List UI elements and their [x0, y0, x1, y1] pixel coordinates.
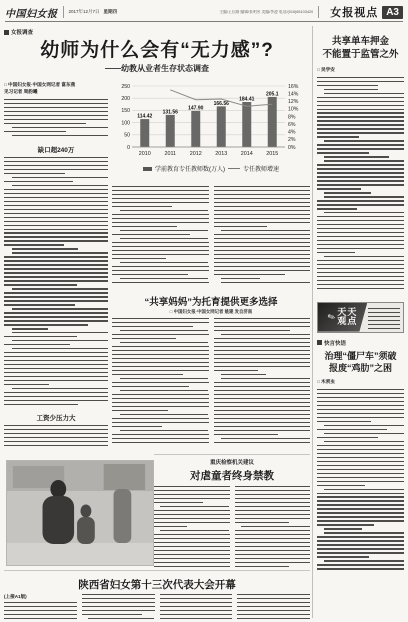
article-text — [112, 186, 209, 288]
svg-text:2011: 2011 — [164, 151, 176, 157]
svg-text:10%: 10% — [288, 107, 299, 113]
photo-illustration — [7, 461, 153, 565]
svg-text:14%: 14% — [288, 91, 299, 97]
article-text — [4, 157, 108, 409]
article-text — [317, 77, 404, 295]
continuation-note: (上接A1版) — [4, 594, 77, 600]
main-section: 女报调查 幼师为什么会有“无力感”? ——幼教从业者生存状态调查 □ 中国妇女报… — [4, 26, 310, 622]
chart-canvas: 0501001502002500%2%4%6%8%10%12%14%16%201… — [112, 80, 310, 158]
kicker-label: 快言快语 — [317, 339, 404, 347]
svg-text:6%: 6% — [288, 122, 296, 128]
weekday-text: 星期四 — [104, 9, 118, 14]
svg-text:100: 100 — [121, 120, 130, 126]
svg-text:147.90: 147.90 — [188, 105, 204, 111]
sharing-mom-byline: □ 中国妇女报·中国女网记者 姚建 发自济南 — [112, 309, 310, 315]
byline-line1: □ 中国妇女报·中国女网记者 富东燕 — [4, 82, 108, 89]
article-text — [82, 594, 155, 622]
section-divider — [4, 570, 310, 571]
badge-title: 天天 观点 — [337, 308, 357, 327]
subhead-1: 缺口超240万 — [4, 145, 108, 154]
opinion2-byline: □ 木须虫 — [317, 379, 404, 385]
badge-panel: ✎ 天天 观点 — [318, 303, 367, 332]
opinion2-title: 治理“僵尸车”须破 报废“鸡肋”之困 — [317, 350, 404, 374]
header-divider — [318, 6, 319, 18]
sharing-mom-columns — [112, 318, 310, 448]
line-legend-label: 专任教师增速 — [243, 164, 279, 173]
article-text — [214, 186, 311, 288]
page-header: 中国妇女报 2017年12月7日星期四 主编/王长路 编辑/张明芳 美编/李凌 … — [5, 3, 403, 22]
svg-text:0%: 0% — [288, 145, 296, 151]
svg-text:250: 250 — [121, 84, 130, 90]
svg-text:2%: 2% — [288, 137, 296, 143]
editor-credits: 主编/王长路 编辑/张明芳 美编/李凌 电话/(010)65103420 — [219, 10, 313, 15]
shaanxi-col1: (上接A1版) — [4, 594, 77, 622]
svg-text:4%: 4% — [288, 130, 296, 136]
svg-text:2015: 2015 — [266, 151, 278, 157]
svg-text:131.56: 131.56 — [163, 109, 179, 115]
abuse-article: 重庆检察机关建议 对虐童者终身禁教 — [154, 454, 310, 570]
line-legend-swatch — [228, 168, 240, 169]
rule — [154, 454, 310, 455]
masthead-logo: 中国妇女报 — [5, 5, 58, 20]
lead-article-columns — [112, 186, 310, 288]
svg-text:2012: 2012 — [190, 151, 202, 157]
kicker-text: 快言快语 — [324, 339, 346, 347]
lead-byline: □ 中国妇女报·中国女网记者 富东燕 见习记者 周韵曦 — [4, 82, 108, 96]
opinion1-title-line2: 不能置于监管之外 — [317, 49, 404, 62]
header-divider — [63, 6, 64, 18]
article-text — [4, 99, 108, 141]
byline-line2: 见习记者 周韵曦 — [4, 89, 108, 96]
publication-date: 2017年12月7日星期四 — [69, 9, 118, 15]
date-text: 2017年12月7日 — [69, 9, 100, 14]
pen-icon: ✎ — [326, 311, 337, 324]
bar-legend-swatch — [143, 167, 152, 171]
svg-text:114.42: 114.42 — [137, 113, 152, 119]
article-text — [4, 425, 108, 451]
sharing-mom-title: “共享妈妈”为托育提供更多选择 — [112, 294, 310, 308]
abuse-title: 对虐童者终身禁教 — [154, 468, 310, 483]
opinion1-title-line1: 共享单车押金 — [317, 36, 404, 49]
column-rule — [312, 26, 313, 618]
shaanxi-title: 陕西省妇女第十三次代表大会开幕 — [4, 577, 310, 592]
lead-column-a: □ 中国妇女报·中国女网记者 富东燕 见习记者 周韵曦 缺口超240万 工资少压… — [4, 82, 108, 451]
opinion2-title-line1: 治理“僵尸车”须破 — [317, 350, 404, 362]
article-text — [237, 594, 310, 622]
badge-title-line2: 观点 — [337, 317, 357, 326]
svg-text:16%: 16% — [288, 84, 299, 90]
svg-text:150: 150 — [121, 108, 130, 114]
article-text — [154, 486, 230, 570]
opinion2-title-line2: 报废“鸡肋”之困 — [317, 362, 404, 374]
abuse-kicker: 重庆检察机关建议 — [154, 458, 310, 466]
opinion1-title: 共享单车押金 不能置于监管之外 — [317, 36, 404, 62]
svg-text:205.1: 205.1 — [266, 91, 279, 97]
subhead-2: 工资少压力大 — [4, 413, 108, 422]
article-text — [112, 318, 209, 448]
article-text — [4, 602, 77, 622]
article-text — [214, 318, 311, 448]
bar-legend-label: 学前教育专任教师数(万人) — [155, 164, 225, 173]
newspaper-page: 中国妇女报 2017年12月7日星期四 主编/王长路 编辑/张明芳 美编/李凌 … — [0, 0, 408, 622]
opinion1-byline: □ 吴学安 — [317, 67, 404, 73]
shaanxi-columns: (上接A1版) — [4, 594, 310, 622]
article-text — [160, 594, 233, 622]
svg-text:2010: 2010 — [139, 151, 151, 157]
svg-text:12%: 12% — [288, 99, 299, 105]
lead-headline: 幼师为什么会有“无力感”? — [4, 35, 310, 62]
chart-legend: 学前教育专任教师数(万人) 专任教师增速 — [112, 164, 310, 173]
daily-viewpoint-badge: ✎ 天天 观点 — [317, 302, 404, 333]
page-number-badge: A3 — [382, 6, 403, 19]
svg-text:2014: 2014 — [241, 151, 253, 157]
svg-text:2013: 2013 — [215, 151, 227, 157]
lead-subtitle: ——幼教从业者生存状态调查 — [4, 63, 310, 74]
article-text — [235, 486, 311, 570]
svg-text:166.56: 166.56 — [214, 101, 230, 107]
svg-text:0: 0 — [127, 145, 130, 151]
news-photo — [6, 460, 154, 566]
teacher-statistics-chart: 0501001502002500%2%4%6%8%10%12%14%16%201… — [112, 80, 310, 173]
svg-text:8%: 8% — [288, 114, 296, 120]
svg-text:184.41: 184.41 — [239, 96, 255, 102]
svg-text:50: 50 — [124, 133, 130, 139]
section-name: 女报视点 — [330, 4, 378, 20]
abuse-columns — [154, 486, 310, 570]
svg-text:200: 200 — [121, 96, 130, 102]
article-text — [317, 389, 404, 575]
badge-caption-text — [367, 303, 403, 332]
opinion-column: 共享单车押金 不能置于监管之外 □ 吴学安 ✎ 天天 观点 快言快语 治理“僵尸… — [317, 26, 404, 622]
